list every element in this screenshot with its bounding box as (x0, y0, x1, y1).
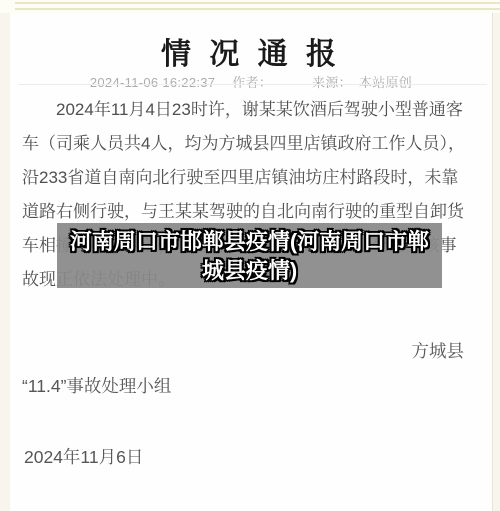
top-border-band (0, 0, 500, 13)
author-label: 作者： (232, 75, 272, 90)
signature-county: 方城县 (412, 338, 465, 363)
article-title: 情 况 通 报 (10, 29, 492, 73)
decorative-line-top (15, 2, 500, 4)
watermark-caption-text: 河南周口市邯郸县疫情(河南周口市郸城县疫情) (57, 227, 442, 285)
source-value: 本站原创 (359, 75, 412, 90)
signature-group: “11.4”事故处理小组 (22, 373, 171, 398)
page-background: 情 况 通 报 2024-11-06 16:22:37 作者： 来源： 本站原创… (0, 0, 500, 511)
decorative-line-bottom (15, 8, 500, 10)
header-divider (18, 84, 487, 85)
article-meta: 2024-11-06 16:22:37 作者： 来源： 本站原创 (10, 72, 492, 91)
source-label: 来源： (312, 75, 352, 90)
publish-datetime: 2024-11-06 16:22:37 (90, 75, 215, 90)
signature-date: 2024年11月6日 (24, 444, 143, 469)
watermark-caption-box: 河南周口市邯郸县疫情(河南周口市郸城县疫情) (57, 223, 442, 288)
